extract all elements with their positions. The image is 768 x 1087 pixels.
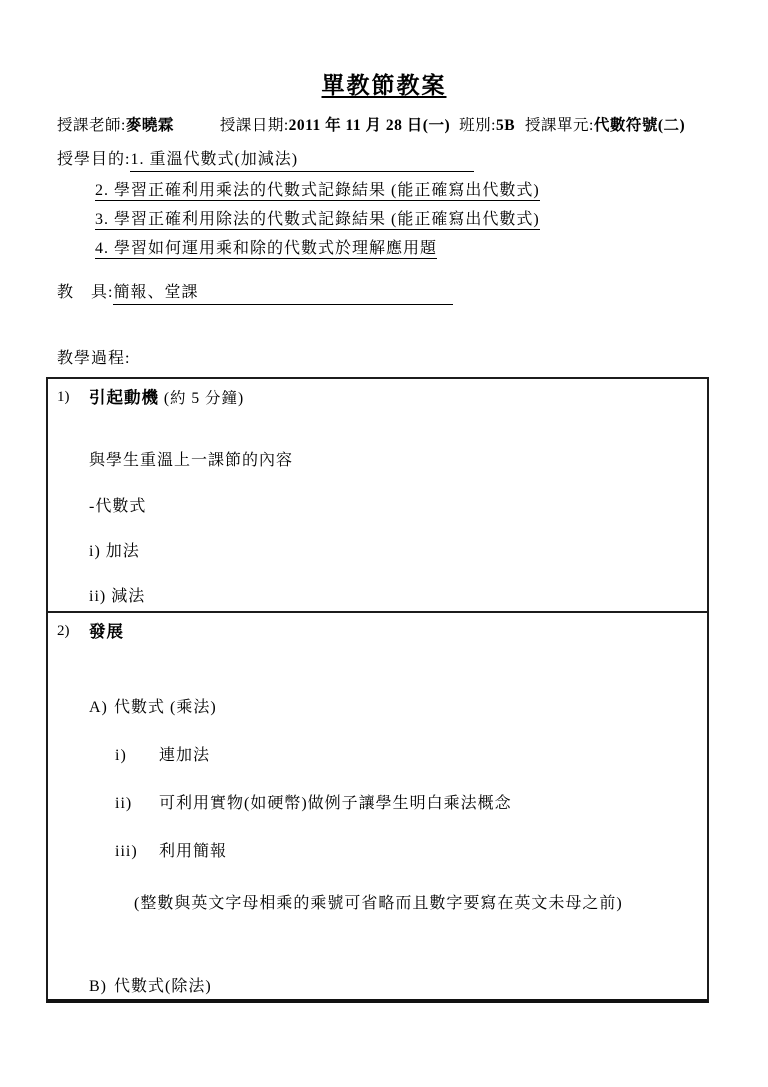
row-1-line-4: ii) 減法 [89,586,707,607]
row-2-subitem-iii: iii)利用簡報 [115,841,707,862]
table-row-2: 2) 發展 A)代數式 (乘法) i)連加法 ii)可利用實物(如硬幣)做例子讓… [48,611,707,999]
tools-line: 教 具:簡報、堂課 [57,282,724,305]
class-label: 班別: [459,117,496,134]
tools-value: 簡報、堂課 [113,282,453,305]
subitem-iii-label: iii) [115,841,159,862]
date-value: 2011 年 11 月 28 日(一) [289,117,451,134]
row-2-body: 發展 A)代數式 (乘法) i)連加法 ii)可利用實物(如硬幣)做例子讓學生明… [89,613,707,999]
teacher-name: 麥曉霖 [126,117,174,134]
objective-2-text: 2. 學習正確利用乘法的代數式記錄結果 (能正確寫出代數式) [95,182,540,201]
row-2-item-a: A)代數式 (乘法) [89,697,707,718]
table-row-1: 1) 引起動機 (約 5 分鐘) 與學生重溫上一課節的內容 -代數式 i) 加法… [48,379,707,611]
unit-label: 授課單元: [525,117,594,134]
subitem-iii-text: 利用簡報 [159,841,227,862]
process-table: 1) 引起動機 (約 5 分鐘) 與學生重溫上一課節的內容 -代數式 i) 加法… [46,377,709,1003]
row-1-number: 1) [48,379,89,611]
objectives-label: 授學目的: [57,151,130,168]
tools-label: 教 具: [57,284,113,301]
objective-3-text: 3. 學習正確利用除法的代數式記錄結果 (能正確寫出代數式) [95,211,540,230]
objective-line-4: 4. 學習如何運用乘和除的代數式於理解應用題 [95,238,724,259]
row-2-subitem-i: i)連加法 [115,745,707,766]
teacher-label: 授課老師: [57,117,126,134]
row-1-heading: 引起動機 (約 5 分鐘) [89,387,707,409]
objective-line-1: 授學目的:1. 重溫代數式(加減法) [57,149,724,172]
header-line: 授課老師:麥曉霖授課日期:2011 年 11 月 28 日(一)班別:5B授課單… [57,115,724,136]
row-1-heading-text: 引起動機 [89,388,159,407]
class-value: 5B [496,117,515,134]
page-content: 授課老師:麥曉霖授課日期:2011 年 11 月 28 日(一)班別:5B授課單… [0,115,768,1003]
lesson-plan-page: 單教節教案 授課老師:麥曉霖授課日期:2011 年 11 月 28 日(一)班別… [0,0,768,1087]
row-2-heading: 發展 [89,621,707,642]
row-2-note: (整數與英文字母相乘的乘號可省略而且數字要寫在英文未母之前) [134,893,707,914]
subitem-ii-label: ii) [115,793,159,814]
row-2-subitem-ii: ii)可利用實物(如硬幣)做例子讓學生明白乘法概念 [115,793,707,814]
row-1-line-2: -代數式 [89,496,707,517]
objective-1-text: 1. 重溫代數式(加減法) [130,149,474,172]
row-1-body: 引起動機 (約 5 分鐘) 與學生重溫上一課節的內容 -代數式 i) 加法 ii… [89,379,707,611]
date-label: 授課日期: [220,117,289,134]
row-1-line-1: 與學生重溫上一課節的內容 [89,450,707,471]
unit-value: 代數符號(二) [594,117,685,134]
item-a-label: A) [89,697,114,718]
subitem-i-text: 連加法 [159,745,210,766]
page-title-text: 單教節教案 [322,73,447,98]
item-b-label: B) [89,976,114,997]
row-2-item-b: B)代數式(除法) [89,976,707,997]
page-title: 單教節教案 [0,0,768,100]
objective-line-3: 3. 學習正確利用除法的代數式記錄結果 (能正確寫出代數式) [95,209,724,230]
process-label: 教學過程: [57,348,724,369]
subitem-i-label: i) [115,745,159,766]
row-1-line-3: i) 加法 [89,541,707,562]
objective-line-2: 2. 學習正確利用乘法的代數式記錄結果 (能正確寫出代數式) [95,180,724,201]
subitem-ii-text: 可利用實物(如硬幣)做例子讓學生明白乘法概念 [159,793,512,814]
objective-4-text: 4. 學習如何運用乘和除的代數式於理解應用題 [95,240,437,259]
row-1-heading-note: (約 5 分鐘) [159,390,244,407]
row-2-number: 2) [48,613,89,999]
item-a-text: 代數式 (乘法) [114,699,217,716]
item-b-text: 代數式(除法) [114,978,212,995]
